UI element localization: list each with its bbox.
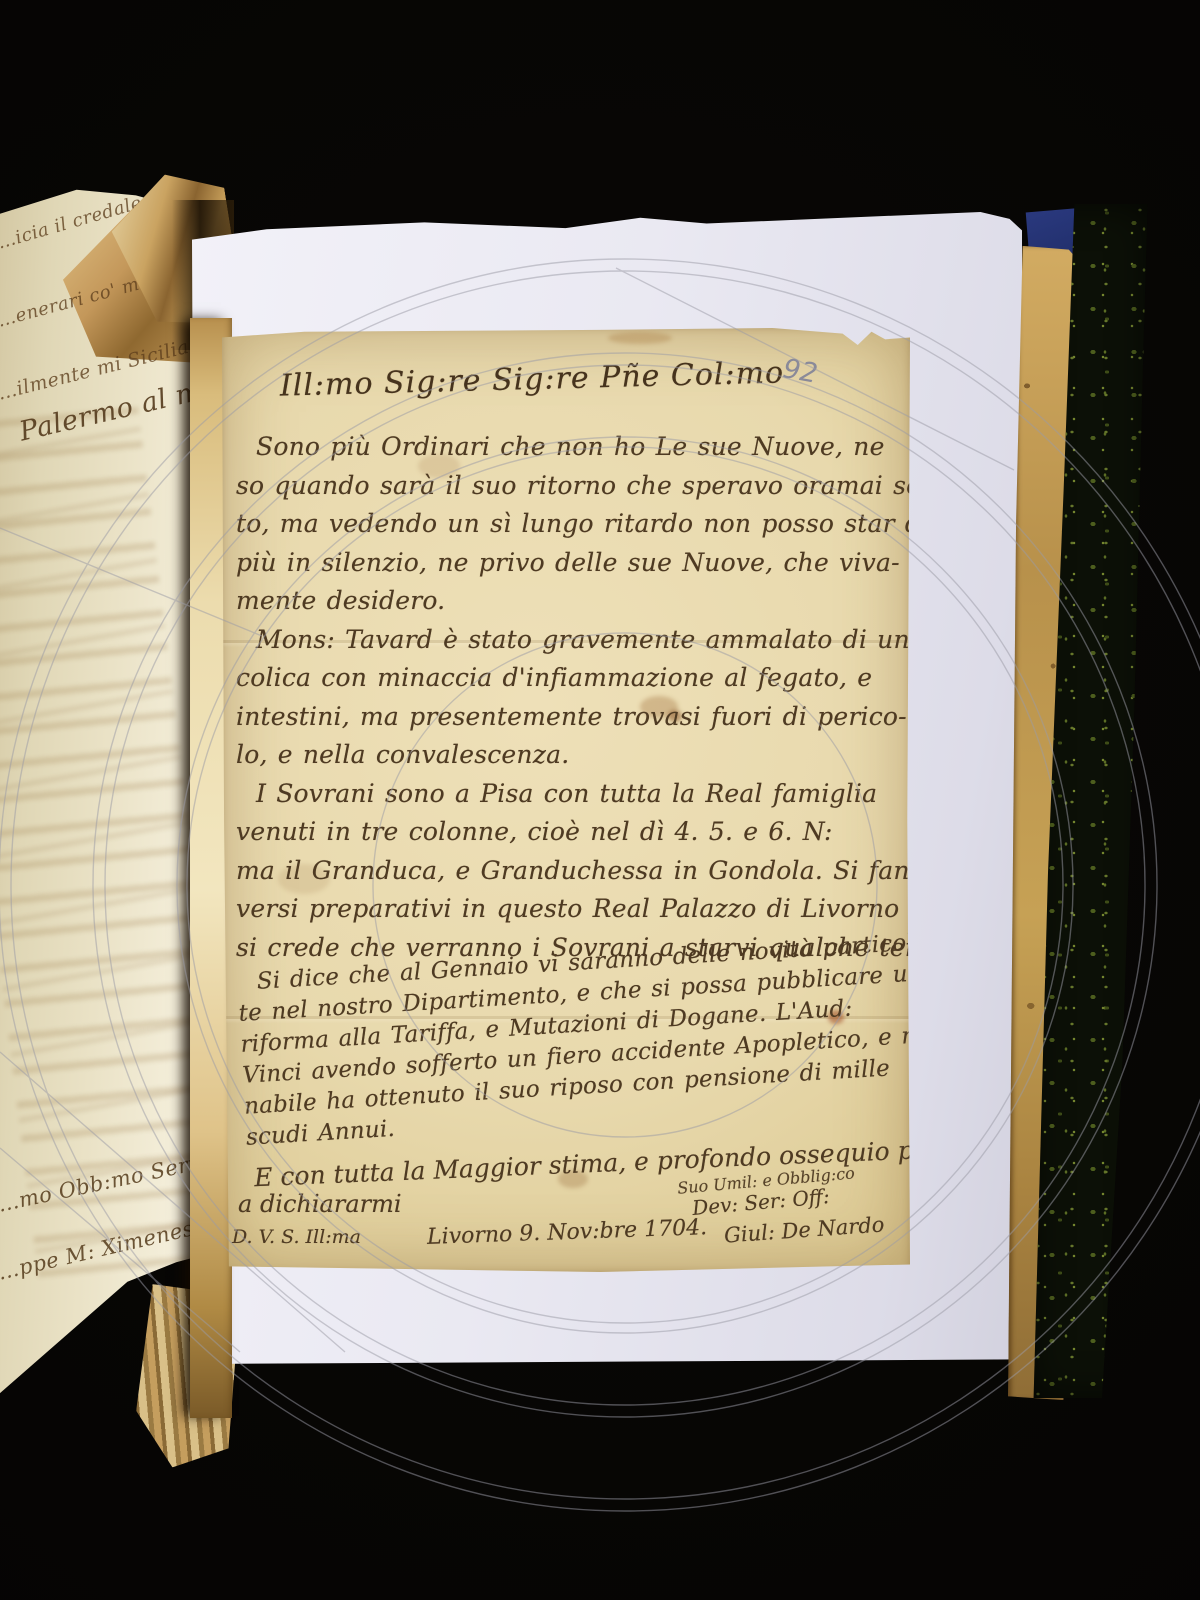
letter-body-lower: Si dice che al Gennaio vi saranno delle … [236, 928, 914, 1153]
letter-line: so quando sarà il suo ritorno che sperav… [236, 467, 900, 506]
letter-line: intestini, ma presentemente trovasi fuor… [236, 698, 900, 737]
signature: Giul: De Nardo [723, 1212, 885, 1247]
letter-heading: Ill:mo Sig:re Sig:re Pñe Col:mo [262, 355, 803, 404]
letter-line: versi preparativi in questo Real Palazzo… [236, 890, 900, 929]
letter-line: Mons: Tavard è stato gravemente ammalato… [236, 621, 900, 660]
letter-body-upper: Sono più Ordinari che non ho Le sue Nuov… [236, 428, 900, 967]
letter-line: mente desidero. [236, 582, 900, 621]
letter-line: lo, e nella convalescenza. [236, 736, 900, 775]
letter-line: I Sovrani sono a Pisa con tutta la Real … [236, 775, 900, 814]
letter-line: più in silenzio, ne privo delle sue Nuov… [236, 544, 900, 583]
edge-smudge [608, 332, 672, 344]
letter-sheet: 92 Ill:mo Sig:re Sig:re Pñe Col:mo Sono … [222, 328, 910, 1272]
dateline: Livorno 9. Nov:bre 1704. [427, 1215, 708, 1250]
letter-line: ma il Granduca, e Granduchessa in Gondol… [236, 852, 900, 891]
letter-line: venuti in tre colonne, cioè nel dì 4. 5.… [236, 813, 900, 852]
letter-line: colica con minaccia d'infiammazione al f… [236, 659, 900, 698]
archival-photograph: …icia il credale il… …enerari co' medesi… [0, 0, 1200, 1600]
letter-line: to, ma vedendo un sì lungo ritardo non p… [236, 505, 900, 544]
closing-declare: a dichiararmi [238, 1190, 402, 1218]
closing-abbreviation: D. V. S. Ill:ma [232, 1226, 361, 1248]
letter-line: Sono più Ordinari che non ho Le sue Nuov… [236, 428, 900, 467]
